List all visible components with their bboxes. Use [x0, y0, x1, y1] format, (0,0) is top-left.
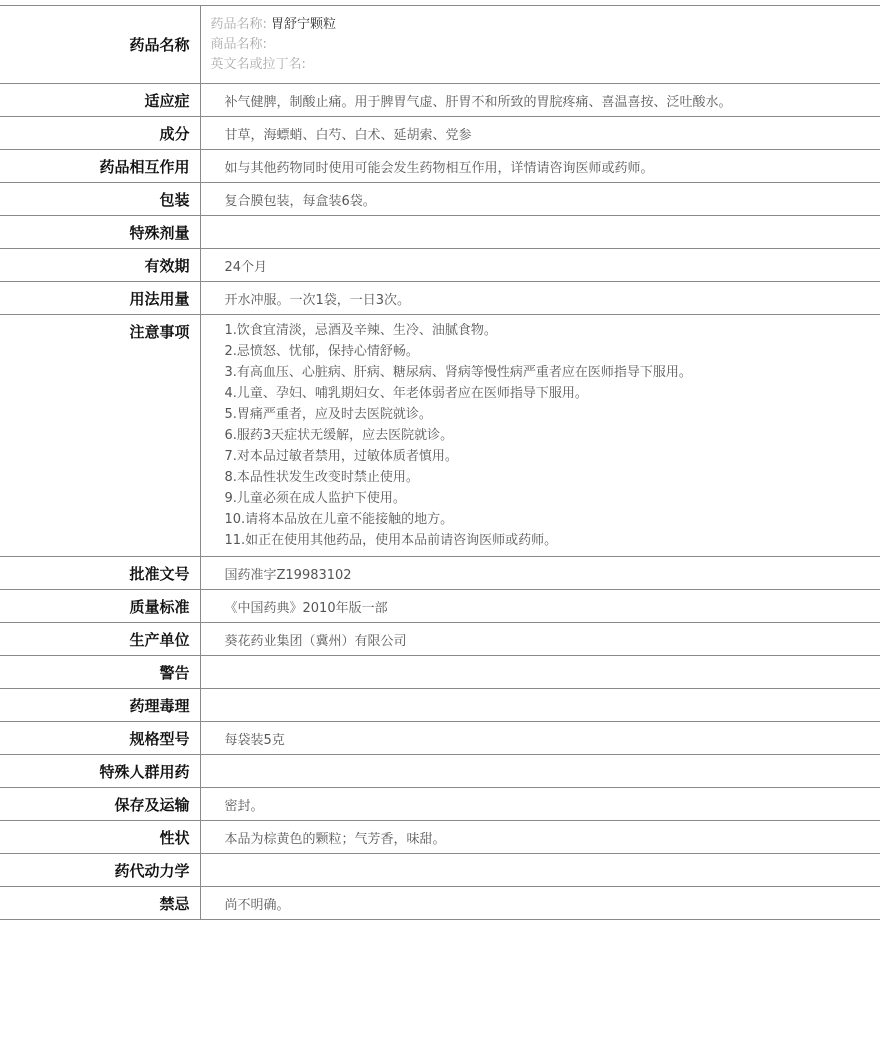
row-label: 药品名称 [0, 6, 200, 84]
row-pharmacokinetics: 药代动力学 [0, 854, 880, 887]
precaution-item: 5.胃痛严重者，应及时去医院就诊。 [225, 404, 880, 425]
precaution-item: 3.有高血压、心脏病、肝病、糖尿病、肾病等慢性病严重者应在医师指导下服用。 [225, 362, 880, 383]
row-value [200, 656, 880, 689]
row-label: 禁忌 [0, 887, 200, 920]
row-label: 保存及运输 [0, 788, 200, 821]
row-value: 如与其他药物同时使用可能会发生药物相互作用，详情请咨询医师或药师。 [200, 150, 880, 183]
row-packaging: 包装 复合膜包装，每盒装6袋。 [0, 183, 880, 216]
trade-name-key: 商品名称: [211, 37, 267, 52]
row-value: 甘草，海螵蛸、白芍、白术、延胡索、党参 [200, 117, 880, 150]
english-name-line: 英文名或拉丁名: [211, 55, 880, 75]
row-storage: 保存及运输 密封。 [0, 788, 880, 821]
row-special-dosage: 特殊剂量 [0, 216, 880, 249]
row-value: 国药准字Z19983102 [200, 557, 880, 590]
drug-spec-table: 药品名称 药品名称: 胃舒宁颗粒 商品名称: 英文名或拉丁名: 适应症 补气健脾… [0, 5, 880, 920]
trade-name-line: 商品名称: [211, 35, 880, 55]
row-value: 本品为棕黄色的颗粒；气芳香，味甜。 [200, 821, 880, 854]
precaution-item: 11.如正在使用其他药品，使用本品前请咨询医师或药师。 [225, 530, 880, 551]
precaution-item: 6.服药3天症状无缓解，应去医院就诊。 [225, 425, 880, 446]
row-label: 特殊人群用药 [0, 755, 200, 788]
row-contraindications: 禁忌 尚不明确。 [0, 887, 880, 920]
precaution-item: 9.儿童必须在成人监护下使用。 [225, 488, 880, 509]
row-value: 葵花药业集团（冀州）有限公司 [200, 623, 880, 656]
row-value [200, 854, 880, 887]
precaution-item: 8.本品性状发生改变时禁止使用。 [225, 467, 880, 488]
row-label: 质量标准 [0, 590, 200, 623]
row-appearance: 性状 本品为棕黄色的颗粒；气芳香，味甜。 [0, 821, 880, 854]
drug-name-block: 药品名称: 胃舒宁颗粒 商品名称: 英文名或拉丁名: [200, 6, 880, 84]
generic-name-key: 药品名称: [211, 17, 267, 32]
row-label: 成分 [0, 117, 200, 150]
row-label: 警告 [0, 656, 200, 689]
precaution-item: 1.饮食宜清淡，忌酒及辛辣、生冷、油腻食物。 [225, 320, 880, 341]
row-label: 有效期 [0, 249, 200, 282]
row-label: 性状 [0, 821, 200, 854]
row-label: 包装 [0, 183, 200, 216]
row-label: 药代动力学 [0, 854, 200, 887]
generic-name-value: 胃舒宁颗粒 [271, 17, 336, 32]
generic-name-line: 药品名称: 胃舒宁颗粒 [211, 15, 880, 35]
row-value: 补气健脾，制酸止痛。用于脾胃气虚、肝胃不和所致的胃脘疼痛、喜温喜按、泛吐酸水。 [200, 84, 880, 117]
row-value: 开水冲服。一次1袋，一日3次。 [200, 282, 880, 315]
row-value: 尚不明确。 [200, 887, 880, 920]
row-interactions: 药品相互作用 如与其他药物同时使用可能会发生药物相互作用，详情请咨询医师或药师。 [0, 150, 880, 183]
row-label: 用法用量 [0, 282, 200, 315]
english-name-key: 英文名或拉丁名: [211, 57, 306, 72]
row-label: 适应症 [0, 84, 200, 117]
precaution-item: 2.忌愤怒、忧郁，保持心情舒畅。 [225, 341, 880, 362]
row-ingredients: 成分 甘草，海螵蛸、白芍、白术、延胡索、党参 [0, 117, 880, 150]
row-value: 密封。 [200, 788, 880, 821]
row-usage-dosage: 用法用量 开水冲服。一次1袋，一日3次。 [0, 282, 880, 315]
row-specification: 规格型号 每袋装5克 [0, 722, 880, 755]
precaution-item: 4.儿童、孕妇、哺乳期妇女、年老体弱者应在医师指导下服用。 [225, 383, 880, 404]
precaution-item: 10.请将本品放在儿童不能接触的地方。 [225, 509, 880, 530]
row-value: 复合膜包装，每盒装6袋。 [200, 183, 880, 216]
row-label: 药品相互作用 [0, 150, 200, 183]
row-indications: 适应症 补气健脾，制酸止痛。用于脾胃气虚、肝胃不和所致的胃脘疼痛、喜温喜按、泛吐… [0, 84, 880, 117]
row-value: 24个月 [200, 249, 880, 282]
row-quality-standard: 质量标准 《中国药典》2010年版一部 [0, 590, 880, 623]
row-precautions: 注意事项 1.饮食宜清淡，忌酒及辛辣、生冷、油腻食物。 2.忌愤怒、忧郁，保持心… [0, 315, 880, 557]
row-label: 批准文号 [0, 557, 200, 590]
precaution-item: 7.对本品过敏者禁用，过敏体质者慎用。 [225, 446, 880, 467]
row-value [200, 216, 880, 249]
row-value: 每袋装5克 [200, 722, 880, 755]
row-label: 特殊剂量 [0, 216, 200, 249]
precautions-list: 1.饮食宜清淡，忌酒及辛辣、生冷、油腻食物。 2.忌愤怒、忧郁，保持心情舒畅。 … [225, 320, 880, 551]
row-shelf-life: 有效期 24个月 [0, 249, 880, 282]
row-pharmacology: 药理毒理 [0, 689, 880, 722]
row-drug-name: 药品名称 药品名称: 胃舒宁颗粒 商品名称: 英文名或拉丁名: [0, 6, 880, 84]
row-manufacturer: 生产单位 葵花药业集团（冀州）有限公司 [0, 623, 880, 656]
row-warning: 警告 [0, 656, 880, 689]
row-label: 注意事项 [0, 315, 200, 557]
row-value: 《中国药典》2010年版一部 [200, 590, 880, 623]
precautions-block: 1.饮食宜清淡，忌酒及辛辣、生冷、油腻食物。 2.忌愤怒、忧郁，保持心情舒畅。 … [200, 315, 880, 557]
row-value [200, 689, 880, 722]
row-label: 药理毒理 [0, 689, 200, 722]
row-approval-number: 批准文号 国药准字Z19983102 [0, 557, 880, 590]
row-label: 生产单位 [0, 623, 200, 656]
row-special-populations: 特殊人群用药 [0, 755, 880, 788]
row-value [200, 755, 880, 788]
row-label: 规格型号 [0, 722, 200, 755]
